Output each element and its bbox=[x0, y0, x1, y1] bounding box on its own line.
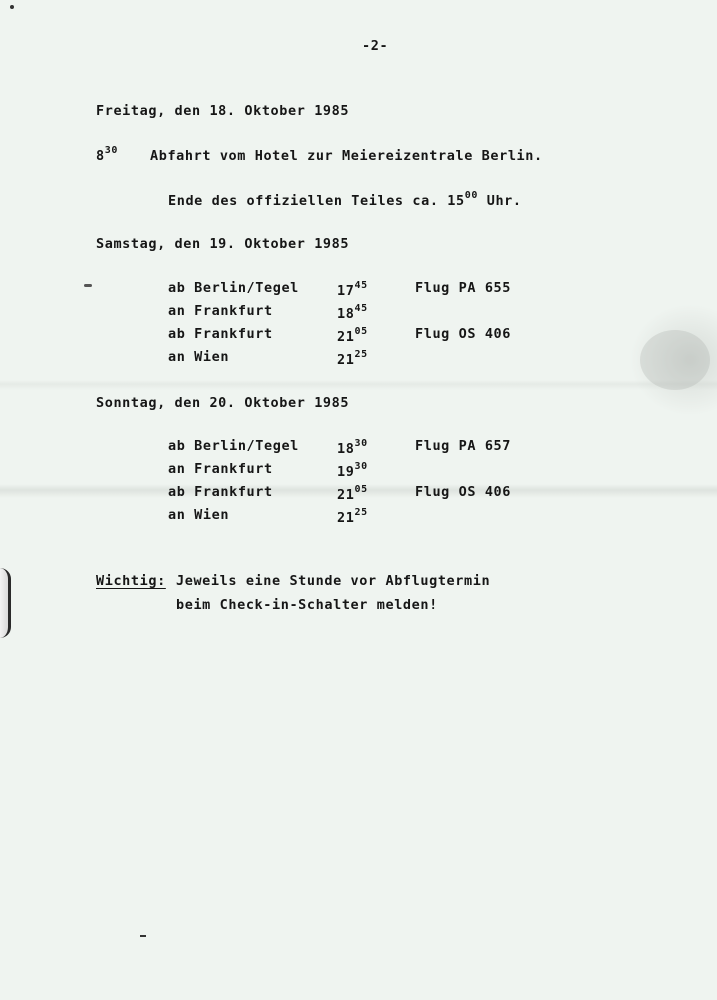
schedule-place: an Frankfurt bbox=[168, 461, 273, 477]
scanned-page: -2- Freitag, den 18. Oktober 1985 830 Ab… bbox=[0, 0, 717, 1000]
important-line-1: Jeweils eine Stunde vor Abflugtermin bbox=[176, 573, 490, 589]
schedule-time: 2105 bbox=[337, 484, 368, 503]
schedule-place: an Wien bbox=[168, 349, 229, 365]
schedule-place: an Frankfurt bbox=[168, 303, 273, 319]
friday-entry-time: 830 bbox=[96, 145, 118, 164]
schedule-flight: Flug OS 406 bbox=[415, 326, 511, 342]
schedule-place: ab Berlin/Tegel bbox=[168, 280, 299, 296]
page-edge-curl bbox=[0, 568, 11, 638]
schedule-time: 2125 bbox=[337, 507, 368, 526]
schedule-place: ab Berlin/Tegel bbox=[168, 438, 299, 454]
schedule-row: an Frankfurt1930 bbox=[0, 461, 717, 479]
speck-mark bbox=[140, 935, 146, 937]
schedule-time: 1930 bbox=[337, 461, 368, 480]
speck-mark bbox=[10, 5, 14, 9]
important-label: Wichtig: bbox=[96, 573, 166, 589]
schedule-time: 1745 bbox=[337, 280, 368, 299]
schedule-place: an Wien bbox=[168, 507, 229, 523]
saturday-heading: Samstag, den 19. Oktober 1985 bbox=[96, 236, 349, 252]
schedule-place: ab Frankfurt bbox=[168, 484, 273, 500]
schedule-row: ab Frankfurt2105Flug OS 406 bbox=[0, 484, 717, 502]
schedule-row: an Wien2125 bbox=[0, 349, 717, 367]
schedule-time: 1845 bbox=[337, 303, 368, 322]
schedule-flight: Flug OS 406 bbox=[415, 484, 511, 500]
friday-end-text: Ende des offiziellen Teiles ca. 1500 Uhr… bbox=[168, 190, 522, 209]
schedule-time: 2105 bbox=[337, 326, 368, 345]
schedule-row: ab Berlin/Tegel1745Flug PA 655 bbox=[0, 280, 717, 298]
schedule-row: an Wien2125 bbox=[0, 507, 717, 525]
schedule-time: 1830 bbox=[337, 438, 368, 457]
schedule-row: an Frankfurt1845 bbox=[0, 303, 717, 321]
schedule-row: ab Berlin/Tegel1830Flug PA 657 bbox=[0, 438, 717, 456]
sunday-heading: Sonntag, den 20. Oktober 1985 bbox=[96, 395, 349, 411]
friday-entry-text: Abfahrt vom Hotel zur Meiereizentrale Be… bbox=[150, 148, 543, 164]
friday-heading: Freitag, den 18. Oktober 1985 bbox=[96, 103, 349, 119]
important-line-2: beim Check-in-Schalter melden! bbox=[176, 597, 438, 613]
schedule-place: ab Frankfurt bbox=[168, 326, 273, 342]
schedule-row: ab Frankfurt2105Flug OS 406 bbox=[0, 326, 717, 344]
schedule-time: 2125 bbox=[337, 349, 368, 368]
page-number: -2- bbox=[362, 38, 388, 54]
schedule-flight: Flug PA 657 bbox=[415, 438, 511, 454]
schedule-flight: Flug PA 655 bbox=[415, 280, 511, 296]
